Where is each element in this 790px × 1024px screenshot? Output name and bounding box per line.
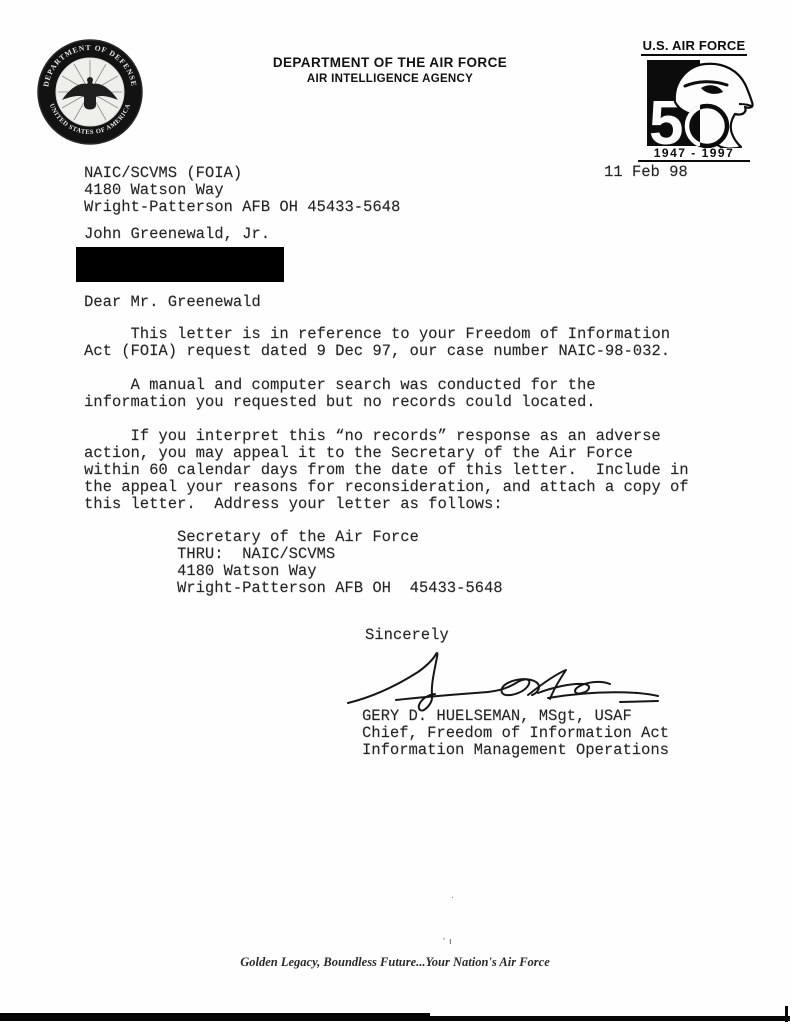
sender-address-line: Wright-Patterson AFB OH 45433-5648 xyxy=(84,199,400,216)
dod-seal-icon: DEPARTMENT OF DEFENSE UNITED STATES OF A… xyxy=(36,38,144,146)
scanned-letter-page: DEPARTMENT OF DEFENSE UNITED STATES OF A… xyxy=(0,0,790,1024)
bottom-scan-tick xyxy=(785,1006,788,1022)
scan-speck: · xyxy=(451,893,454,902)
footer-motto: Golden Legacy, Boundless Future...Your N… xyxy=(0,955,790,970)
department-name: DEPARTMENT OF THE AIR FORCE xyxy=(170,55,610,70)
body-paragraph-1: This letter is in reference to your Free… xyxy=(84,326,670,360)
signer-name: GERY D. HUELSEMAN, MSgt, USAF xyxy=(362,708,669,725)
usaf-logo-title: U.S. AIR FORCE xyxy=(641,38,747,56)
signer-title-line1: Chief, Freedom of Information Act xyxy=(362,725,669,742)
sender-address-line: NAIC/SCVMS (FOIA) xyxy=(84,165,400,182)
letter-date: 11 Feb 98 xyxy=(604,164,688,181)
handwritten-signature-icon xyxy=(338,646,668,716)
salutation: Dear Mr. Greenewald xyxy=(84,294,261,311)
bottom-scan-bar xyxy=(0,1013,430,1021)
agency-name: AIR INTELLIGENCE AGENCY xyxy=(170,73,610,85)
signature-block: GERY D. HUELSEMAN, MSgt, USAF Chief, Fre… xyxy=(362,708,669,759)
sender-address: NAIC/SCVMS (FOIA) 4180 Watson Way Wright… xyxy=(84,165,400,216)
body-paragraph-3: If you interpret this “no records” respo… xyxy=(84,428,689,513)
body-paragraph-2: A manual and computer search was conduct… xyxy=(84,377,596,411)
redaction-bar xyxy=(76,247,284,282)
bottom-scan-bar xyxy=(430,1016,790,1021)
usaf-logo-years: 1947 - 1997 xyxy=(638,146,750,162)
appeal-address-block: Secretary of the Air Force THRU: NAIC/SC… xyxy=(177,529,503,597)
closing-sincerely: Sincerely xyxy=(365,627,449,644)
sender-address-line: 4180 Watson Way xyxy=(84,182,400,199)
recipient-name: John Greenewald, Jr. xyxy=(84,226,270,243)
signer-title-line2: Information Management Operations xyxy=(362,742,669,759)
scan-speck: ‘ı xyxy=(443,936,456,946)
usaf-50-eagle-icon: 5 xyxy=(635,58,755,148)
